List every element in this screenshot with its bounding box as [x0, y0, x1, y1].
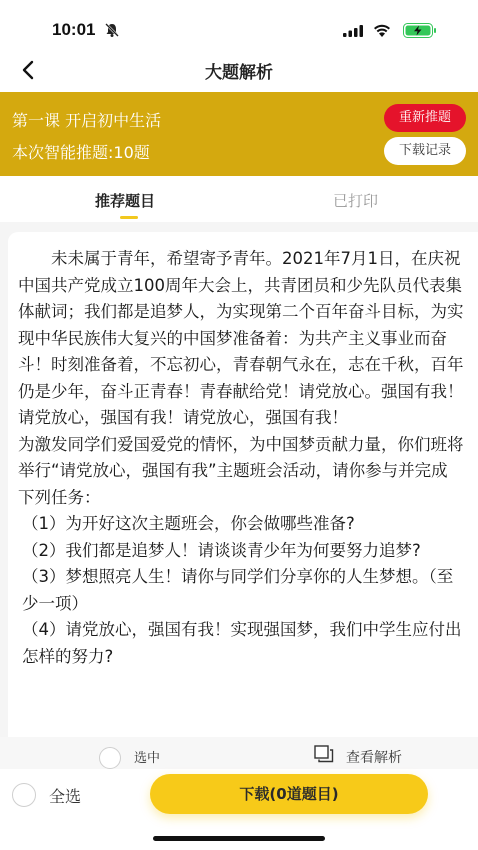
active-tab-indicator — [120, 216, 138, 219]
wifi-icon — [372, 22, 392, 38]
battery-charging-icon — [403, 23, 437, 38]
select-all-radio[interactable] — [12, 783, 36, 807]
question-text: 未未属于青年，希望寄予青年。2021年7月1日，在庆祝中国共产党成立100周年大… — [18, 246, 464, 670]
question-paragraph: 为激发同学们爱国爱党的情怀，为中国梦贡献力量，你们班将举行“请党放心，强国有我”… — [18, 432, 464, 512]
download-button[interactable]: 下载(0道题目) — [150, 774, 428, 814]
copy-analysis-icon[interactable] — [314, 745, 334, 763]
recommend-count: 本次智能推题:10题 — [12, 140, 150, 163]
lesson-title: 第一课 开启初中生活 — [12, 108, 161, 131]
select-question-label[interactable]: 选中 — [134, 747, 160, 766]
view-analysis-link[interactable]: 查看解析 — [346, 747, 402, 767]
sub-question: （1）为开好这次主题班会，你会做哪些准备? — [18, 511, 464, 538]
select-all-label[interactable]: 全选 — [49, 784, 81, 807]
status-bar: 10:01 — [0, 0, 478, 56]
sub-question: （2）我们都是追梦人！请谈谈青少年为何要努力追梦? — [18, 538, 464, 565]
select-question-radio[interactable] — [99, 747, 121, 769]
refresh-recommend-button[interactable]: 重新推题 — [384, 104, 466, 132]
nav-bar: 大题解析 — [0, 50, 478, 92]
bell-muted-icon — [104, 22, 120, 38]
card-action-row: 选中 查看解析 — [0, 737, 478, 769]
home-indicator — [153, 836, 325, 841]
question-paragraph: 未未属于青年，希望寄予青年。2021年7月1日，在庆祝中国共产党成立100周年大… — [18, 246, 464, 432]
download-records-button[interactable]: 下载记录 — [384, 137, 466, 165]
tab-printed[interactable]: 已打印 — [333, 190, 378, 211]
sub-question: （4）请党放心，强国有我！实现强国梦，我们中学生应付出怎样的努力? — [18, 617, 464, 670]
lesson-banner: 第一课 开启初中生活 本次智能推题:10题 重新推题 下载记录 — [0, 92, 478, 176]
sub-question: （3）梦想照亮人生！请你与同学们分享你的人生梦想。（至少一项） — [18, 564, 464, 617]
tab-bar: 推荐题目 已打印 — [0, 176, 478, 222]
tab-recommended[interactable]: 推荐题目 — [95, 190, 155, 211]
signal-icon — [343, 25, 365, 37]
page-title: 大题解析 — [0, 58, 478, 83]
status-time: 10:01 — [52, 20, 95, 40]
